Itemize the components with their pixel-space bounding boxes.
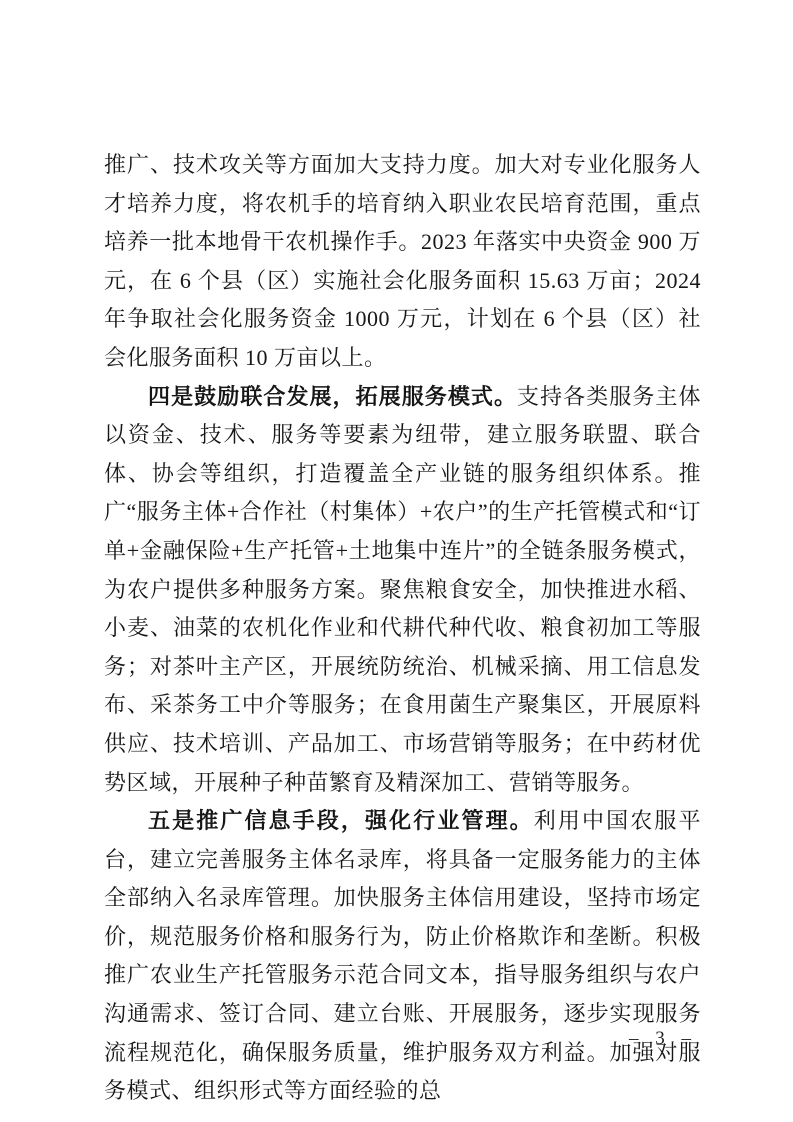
- paragraph-text: 支持各类服务主体以资金、技术、服务等要素为纽带，建立服务联盟、联合体、协会等组织…: [104, 384, 701, 795]
- paragraph: 五是推广信息手段，强化行业管理。利用中国农服平台，建立完善服务主体名录库，将具备…: [104, 802, 701, 1111]
- paragraph-lead: 五是推广信息手段，强化行业管理。: [148, 808, 534, 833]
- paragraph: 推广、技术攻关等方面加大支持力度。加大对专业化服务人才培养力度，将农机手的培育纳…: [104, 146, 701, 378]
- page-number: – 3 –: [629, 1028, 697, 1050]
- paragraph-lead: 四是鼓励联合发展，拓展服务模式。: [148, 384, 517, 409]
- document-body: 推广、技术攻关等方面加大支持力度。加大对专业化服务人才培养力度，将农机手的培育纳…: [104, 146, 701, 1111]
- paragraph-text: 利用中国农服平台，建立完善服务主体名录库，将具备一定服务能力的主体全部纳入名录库…: [104, 808, 701, 1103]
- document-page: 推广、技术攻关等方面加大支持力度。加大对专业化服务人才培养力度，将农机手的培育纳…: [0, 0, 793, 1122]
- paragraph-text: 推广、技术攻关等方面加大支持力度。加大对专业化服务人才培养力度，将农机手的培育纳…: [104, 152, 701, 370]
- paragraph: 四是鼓励联合发展，拓展服务模式。支持各类服务主体以资金、技术、服务等要素为纽带，…: [104, 378, 701, 803]
